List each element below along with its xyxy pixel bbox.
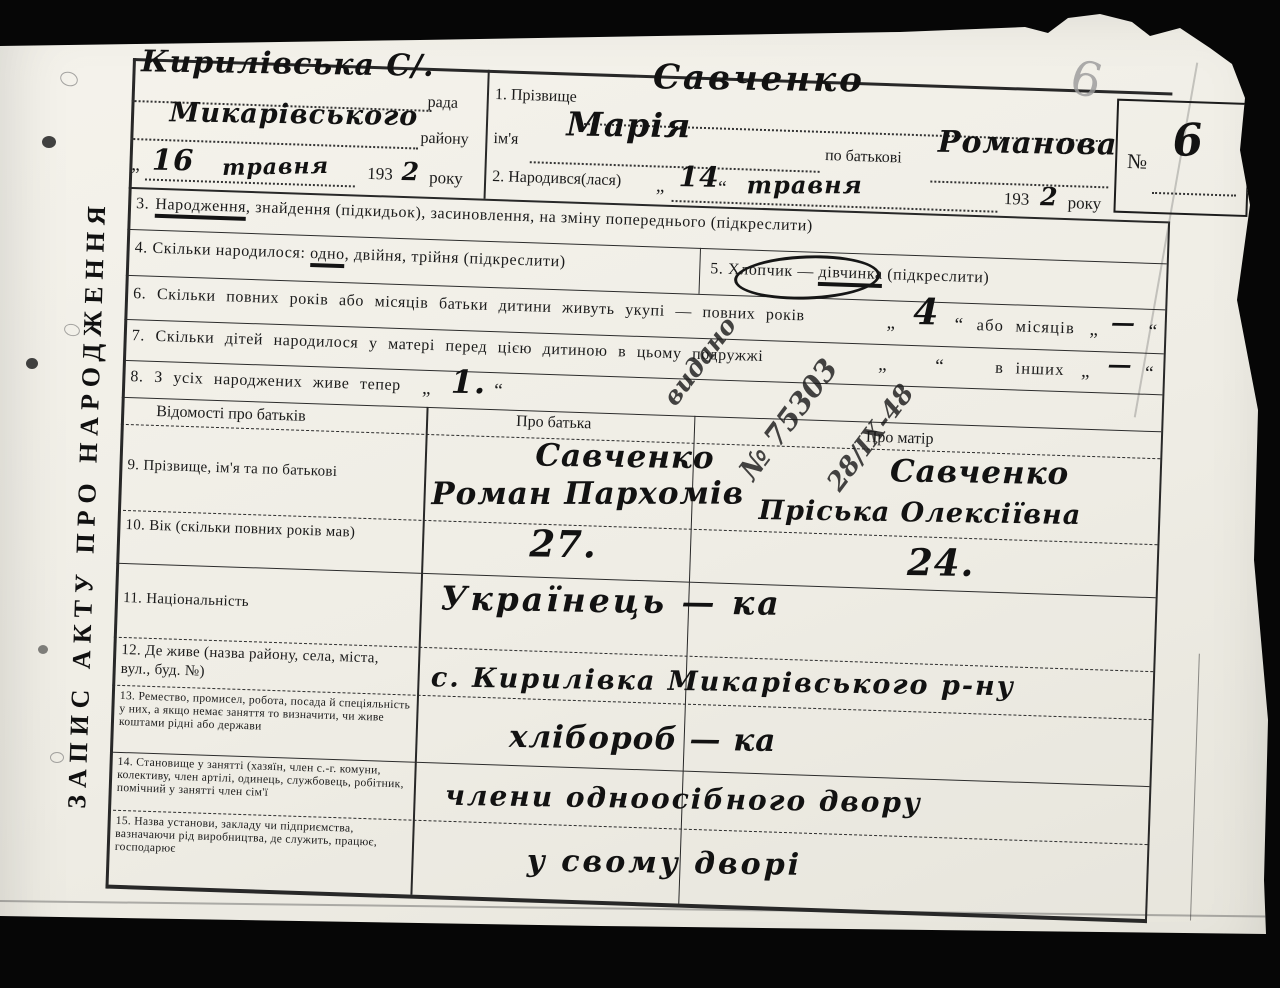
field11-label: 11. Національність <box>123 589 413 618</box>
quote-mark: „ <box>886 312 895 334</box>
birth-year-printed: 193 <box>1003 189 1029 210</box>
nationality-handwritten: Українець — ка <box>440 578 782 622</box>
quote-mark: „ <box>878 354 887 376</box>
punch-hole-ring <box>58 69 80 88</box>
registry-year-printed: 193 <box>367 164 393 185</box>
children-alive-handwritten: 1. <box>450 363 486 402</box>
field1-label: 1. Прізвище <box>495 86 577 107</box>
birth-record-form: ЗАПИС АКТУ ПРО НАРОДЖЕННЯ Кирилівська С/… <box>105 58 1252 935</box>
field7-text2: в інших <box>995 358 1065 380</box>
record-number-label: № <box>1127 149 1148 175</box>
quote-mark: “ <box>935 356 944 378</box>
scanned-document: { "side_title": "ЗАПИС АКТУ ПРО НАРОДЖЕН… <box>0 0 1280 988</box>
birth-year-digit-handwritten: 2 <box>1040 182 1059 211</box>
field12-label: 12. Де живе (назва району, села, міста, … <box>120 641 411 689</box>
paper-sheet: ЗАПИС АКТУ ПРО НАРОДЖЕННЯ Кирилівська С/… <box>0 0 1280 988</box>
field4-before: 4. Скільки народилося: <box>134 239 310 262</box>
field5-after: (підкреслити) <box>882 266 989 287</box>
field6-text2: або місяців <box>976 315 1075 338</box>
field4-text: 4. Скільки народилося: одно, двійня, трі… <box>134 239 566 271</box>
field14-label: 14. Становище у занятті (хазяїн, член с.… <box>117 755 410 804</box>
workplace-handwritten: у свому дворі <box>527 844 803 883</box>
months-together-handwritten: — <box>1111 308 1136 337</box>
table-line <box>1190 654 1200 921</box>
father-surname-handwritten: Савченко <box>535 438 715 477</box>
child-name-cell: 1. Прізвище Савченко ім'я Марія по батьк… <box>484 70 1118 220</box>
patronymic-label: по батькові <box>825 147 902 168</box>
quote-mark: “ <box>954 314 963 336</box>
registry-year-digit-handwritten: 2 <box>401 157 420 186</box>
name-label: ім'я <box>493 130 518 149</box>
record-number-handwritten: 6 <box>1171 114 1206 167</box>
field8-text: 8. З усіх народжених живе тепер <box>130 368 401 395</box>
registry-day-handwritten: 16 <box>152 143 195 178</box>
patronymic-handwritten: Романова <box>938 125 1118 163</box>
district-label: району <box>420 130 469 150</box>
birth-day-handwritten: 14 <box>678 160 719 194</box>
quote-mark: “ <box>494 380 503 402</box>
field9-label: 9. Прізвище, ім'я та по батькові <box>127 456 417 485</box>
name-handwritten: Марія <box>566 104 691 145</box>
field15-label: 15. Назва установи, закладу чи підприємс… <box>115 814 408 863</box>
parents-info-header: Відомості про батьків <box>156 403 306 426</box>
registry-year-label: року <box>429 168 463 189</box>
quote-mark: „ <box>656 175 665 197</box>
registry-month-handwritten: травня <box>222 153 329 181</box>
field3-underlined-word: Народження <box>155 196 246 221</box>
field3-number: 3. <box>136 195 150 212</box>
record-number-box: № 6 <box>1113 99 1251 217</box>
birth-year-label: року <box>1067 193 1101 214</box>
surname-handwritten: Савченко <box>653 57 865 100</box>
field2-label: 2. Народився(лася) <box>492 168 622 190</box>
father-name-handwritten: Роман Пархомів <box>431 476 744 513</box>
quote-mark: “ <box>1145 363 1154 385</box>
occupation-handwritten: хлібороб — ка <box>509 719 777 759</box>
quote-mark: „ <box>1089 319 1098 341</box>
dotted-rule <box>930 181 1108 189</box>
quote-mark: „ <box>422 378 431 400</box>
council-label: рада <box>427 94 458 113</box>
mother-age-handwritten: 24. <box>907 540 975 585</box>
other-marriages-handwritten: — <box>1107 349 1132 378</box>
father-age-handwritten: 27. <box>529 521 597 566</box>
ink-spot <box>38 645 48 654</box>
mother-name-handwritten: Пріська Олексіївна <box>758 495 1081 531</box>
quote-mark: „ <box>1081 361 1090 383</box>
district-name-handwritten: Микарівського <box>169 97 418 132</box>
quote-mark: “ <box>1148 321 1157 343</box>
father-column-header: Про батька <box>516 413 592 433</box>
quote-mark: “ <box>718 177 727 199</box>
quote-mark: „ <box>131 154 140 176</box>
birth-month-handwritten: травня <box>747 170 863 199</box>
punch-hole-mark <box>26 358 38 369</box>
council-name-handwritten: Кирилівська С/. <box>141 44 435 84</box>
punch-hole-ring <box>50 752 64 763</box>
registry-office-cell: Кирилівська С/. рада Микарівського район… <box>129 58 488 199</box>
dotted-rule <box>1152 192 1236 197</box>
field10-label: 10. Вік (скільки повних років мав) <box>125 516 415 545</box>
field4-underlined-word: одно <box>310 245 345 268</box>
years-together-handwritten: 4 <box>913 291 940 333</box>
form-side-title: ЗАПИС АКТУ ПРО НАРОДЖЕННЯ <box>62 199 112 809</box>
field13-label: 13. Ремество, промисел, робота, посада й… <box>119 689 412 738</box>
punch-hole-mark <box>42 136 56 148</box>
mother-surname-handwritten: Савченко <box>890 453 1070 492</box>
field4-after: , двійня, трійня (підкреслити) <box>344 246 565 270</box>
